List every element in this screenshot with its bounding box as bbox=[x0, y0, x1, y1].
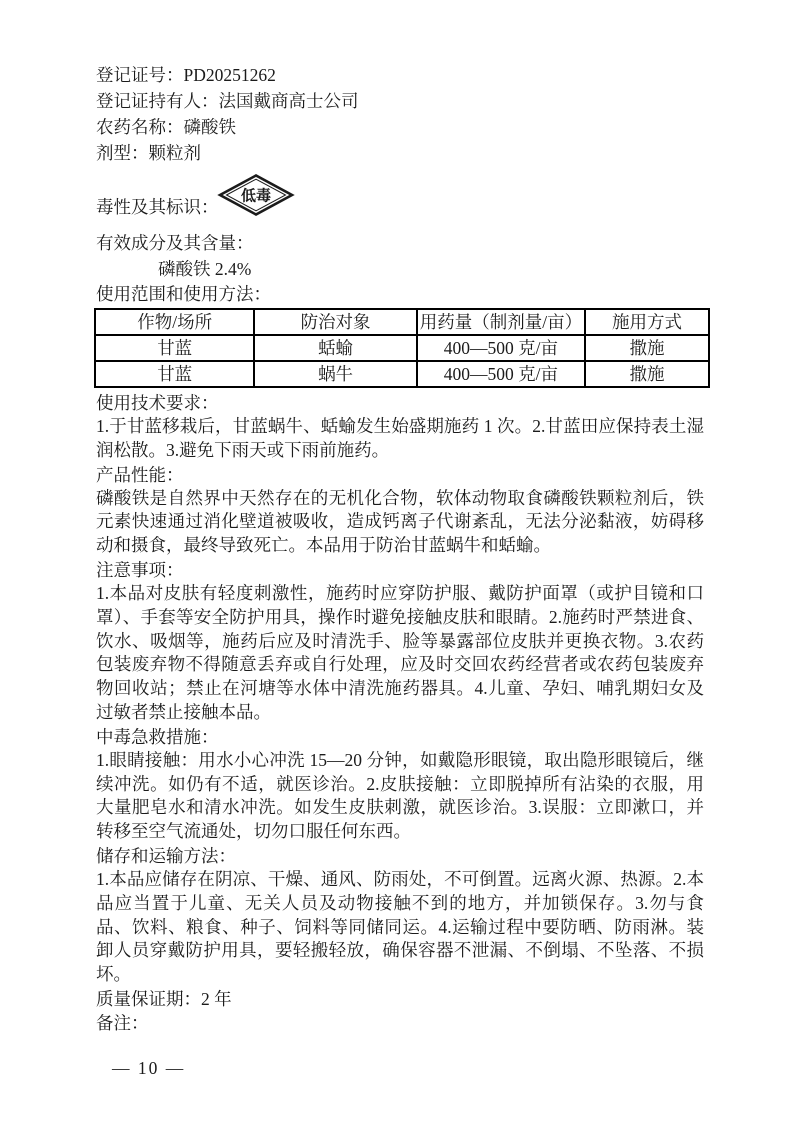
toxicity-badge-text: 低毒 bbox=[241, 187, 271, 205]
section-body: 1.本品对皮肤有轻度刺激性，施药时应穿防护服、戴防护面罩（或护目镜和口罩）、手套… bbox=[96, 582, 704, 725]
remarks-line: 备注： bbox=[96, 1011, 704, 1035]
cell-crop: 甘蓝 bbox=[95, 335, 254, 361]
section-storage-transport: 储存和运输方法： 1.本品应储存在阴凉、干燥、通风、防雨处，不可倒置。远离火源、… bbox=[96, 844, 704, 987]
header-crop: 作物/场所 bbox=[95, 309, 254, 335]
section-label: 注意事项： bbox=[96, 558, 704, 582]
cell-method: 撒施 bbox=[585, 335, 709, 361]
toxicity-label: 毒性及其标识： bbox=[96, 194, 219, 220]
header-method: 施用方式 bbox=[585, 309, 709, 335]
header-dosage: 用药量（制剂量/亩） bbox=[417, 309, 585, 335]
cell-crop: 甘蓝 bbox=[95, 361, 254, 387]
document-page: 登记证号：PD20251262 登记证持有人：法国戴商高士公司 农药名称：磷酸铁… bbox=[0, 0, 794, 1123]
section-usage-requirements: 使用技术要求： 1.于甘蓝移栽后，甘蓝蜗牛、蛞蝓发生始盛期施药 1 次。2.甘蓝… bbox=[96, 391, 704, 463]
section-label: 产品性能： bbox=[96, 463, 704, 487]
pesticide-name-line: 农药名称：磷酸铁 bbox=[96, 114, 704, 140]
section-label: 使用技术要求： bbox=[96, 391, 704, 415]
cell-method: 撒施 bbox=[585, 361, 709, 387]
section-body: 1.于甘蓝移栽后，甘蓝蜗牛、蛞蝓发生始盛期施药 1 次。2.甘蓝田应保持表土湿润… bbox=[96, 415, 704, 463]
page-number: — 10 — bbox=[112, 1058, 185, 1079]
section-precautions: 注意事项： 1.本品对皮肤有轻度刺激性，施药时应穿防护服、戴防护面罩（或护目镜和… bbox=[96, 558, 704, 725]
table-row: 甘蓝 蜗牛 400—500 克/亩 撒施 bbox=[95, 361, 709, 387]
cell-target: 蛞蝓 bbox=[254, 335, 416, 361]
usage-table-header-row: 作物/场所 防治对象 用药量（制剂量/亩） 施用方式 bbox=[95, 309, 709, 335]
header-target: 防治对象 bbox=[254, 309, 416, 335]
cell-dosage: 400—500 克/亩 bbox=[417, 335, 585, 361]
table-row: 甘蓝 蛞蝓 400—500 克/亩 撒施 bbox=[95, 335, 709, 361]
section-first-aid: 中毒急救措施： 1.眼睛接触：用水小心冲洗 15—20 分钟，如戴隐形眼镜，取出… bbox=[96, 725, 704, 844]
section-label: 中毒急救措施： bbox=[96, 725, 704, 749]
formulation-line: 剂型：颗粒剂 bbox=[96, 140, 704, 166]
section-body: 1.眼睛接触：用水小心冲洗 15—20 分钟，如戴隐形眼镜，取出隐形眼镜后，继续… bbox=[96, 749, 704, 844]
certificate-holder-line: 登记证持有人：法国戴商高士公司 bbox=[96, 88, 704, 114]
cell-target: 蜗牛 bbox=[254, 361, 416, 387]
active-ingredient-label: 有效成分及其含量： bbox=[96, 230, 704, 256]
document-content: 登记证号：PD20251262 登记证持有人：法国戴商高士公司 农药名称：磷酸铁… bbox=[96, 62, 704, 1035]
section-body: 磷酸铁是自然界中天然存在的无机化合物，软体动物取食磷酸铁颗粒剂后，铁元素快速通过… bbox=[96, 487, 704, 558]
usage-scope-label: 使用范围和使用方法： bbox=[96, 282, 704, 306]
section-body: 1.本品应储存在阴凉、干燥、通风、防雨处，不可倒置。远离火源、热源。2.本品应当… bbox=[96, 868, 704, 987]
section-label: 储存和运输方法： bbox=[96, 844, 704, 868]
active-ingredient-value: 磷酸铁 2.4% bbox=[158, 256, 704, 282]
toxicity-row: 毒性及其标识： 低毒 bbox=[96, 172, 704, 220]
usage-table: 作物/场所 防治对象 用药量（制剂量/亩） 施用方式 甘蓝 蛞蝓 400—500… bbox=[94, 308, 710, 388]
section-product-performance: 产品性能： 磷酸铁是自然界中天然存在的无机化合物，软体动物取食磷酸铁颗粒剂后，铁… bbox=[96, 463, 704, 558]
low-toxicity-diamond-icon: 低毒 bbox=[217, 172, 295, 218]
warranty-line: 质量保证期：2 年 bbox=[96, 987, 704, 1011]
cell-dosage: 400—500 克/亩 bbox=[417, 361, 585, 387]
registration-number-line: 登记证号：PD20251262 bbox=[96, 62, 704, 88]
